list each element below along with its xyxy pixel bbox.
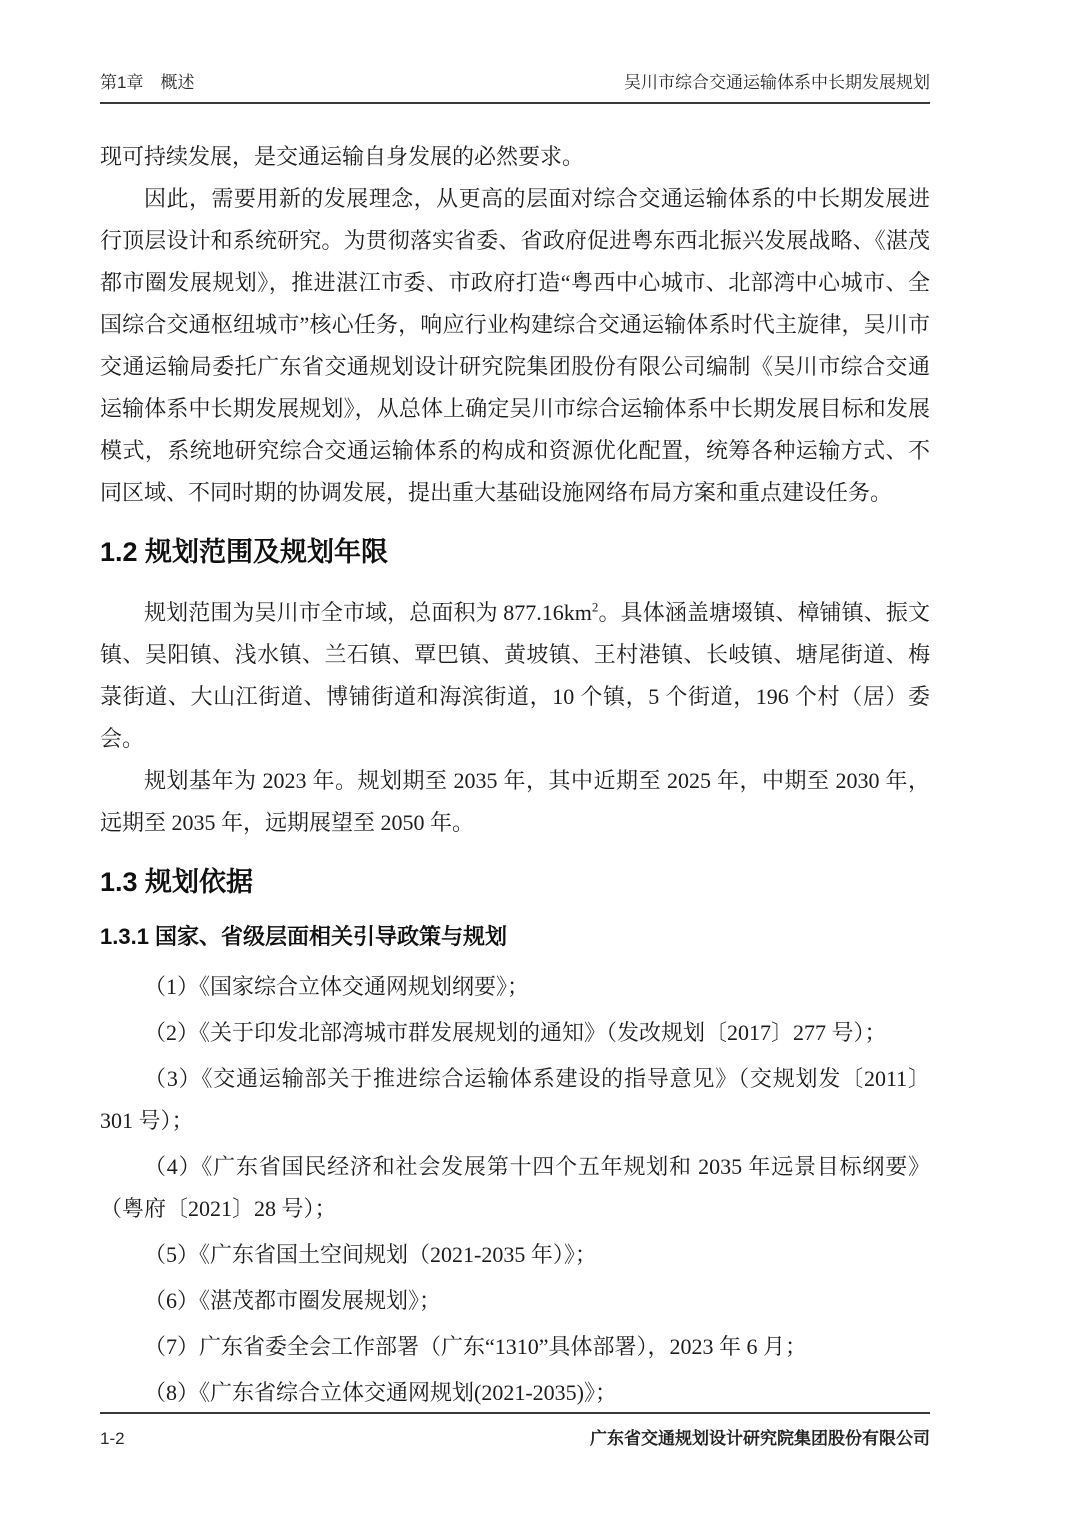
page-header: 第1章 概述 吴川市综合交通运输体系中长期发展规划 <box>100 68 930 104</box>
list-item-7: （7）广东省委全会工作部署（广东“1310”具体部署），2023 年 6 月； <box>100 1326 930 1368</box>
header-chapter-label: 第1章 概述 <box>100 68 194 93</box>
scope-text-before-superscript: 规划范围为吴川市全市域，总面积为 877.16km <box>144 600 592 625</box>
list-item-3: （3）《交通运输部关于推进综合运输体系建设的指导意见》（交规划发〔2011〕30… <box>100 1058 930 1142</box>
list-item-5: （5）《广东省国土空间规划（2021-2035 年）》； <box>100 1234 930 1276</box>
section-heading-1-3: 1.3 规划依据 <box>100 864 930 900</box>
paragraph-planning-horizon: 规划基年为 2023 年。规划期至 2035 年，其中近期至 2025 年，中期… <box>100 760 930 844</box>
paragraph-planning-scope: 规划范围为吴川市全市域，总面积为 877.16km2。具体涵盖塘㙍镇、樟铺镇、振… <box>100 592 930 760</box>
list-item-1: （1）《国家综合立体交通网规划纲要》； <box>100 966 930 1008</box>
section-heading-1-2: 1.2 规划范围及规划年限 <box>100 534 930 570</box>
list-item-8: （8）《广东省综合立体交通网规划(2021-2035)》； <box>100 1372 930 1414</box>
header-document-title: 吴川市综合交通运输体系中长期发展规划 <box>624 68 930 93</box>
paragraph-background: 因此，需要用新的发展理念，从更高的层面对综合交通运输体系的中长期发展进行顶层设计… <box>100 178 930 514</box>
list-item-6: （6）《湛茂都市圈发展规划》； <box>100 1280 930 1322</box>
document-page: 第1章 概述 吴川市综合交通运输体系中长期发展规划 现可持续发展，是交通运输自身… <box>0 0 1080 1526</box>
footer-company-name: 广东省交通规划设计研究院集团股份有限公司 <box>590 1424 930 1449</box>
page-footer: 1-2 广东省交通规划设计研究院集团股份有限公司 <box>100 1412 930 1449</box>
page-body: 现可持续发展，是交通运输自身发展的必然要求。 因此，需要用新的发展理念，从更高的… <box>100 136 930 1418</box>
list-item-4: （4）《广东省国民经济和社会发展第十四个五年规划和 2035 年远景目标纲要》（… <box>100 1146 930 1230</box>
paragraph-continuation: 现可持续发展，是交通运输自身发展的必然要求。 <box>100 136 930 178</box>
footer-page-number: 1-2 <box>100 1429 125 1449</box>
subsection-heading-1-3-1: 1.3.1 国家、省级层面相关引导政策与规划 <box>100 922 930 952</box>
list-item-2: （2）《关于印发北部湾城市群发展规划的通知》（发改规划〔2017〕277 号）； <box>100 1012 930 1054</box>
